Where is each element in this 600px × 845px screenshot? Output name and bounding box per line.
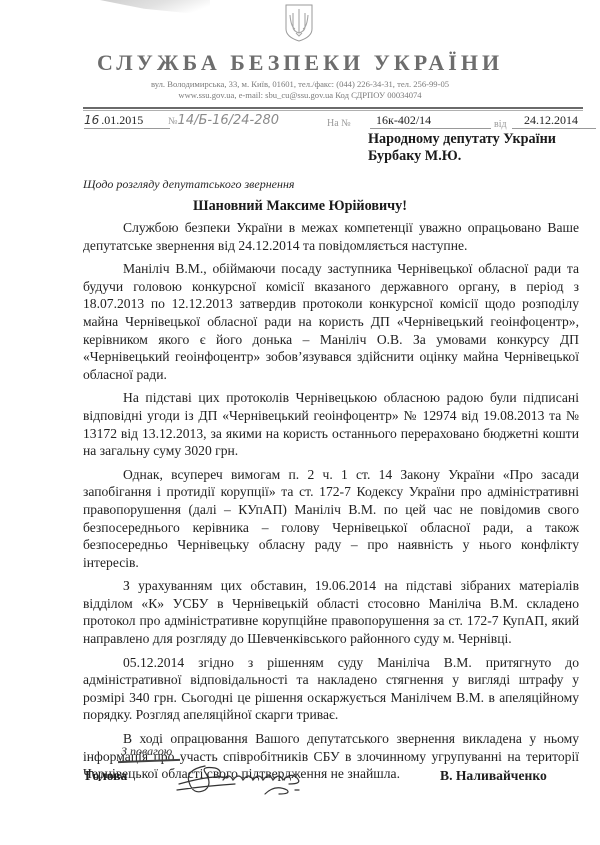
trident-coat-of-arms-icon <box>283 3 315 43</box>
number-sign: № <box>168 116 178 127</box>
outgoing-number: №14/Б-16/24-280 <box>168 113 318 128</box>
recipient-block: Народному депутату України Бурбаку М.Ю. <box>368 131 556 165</box>
subject-line: Щодо розгляду депутатського звернення <box>83 177 294 192</box>
paragraph: Службою безпеки України в межах компетен… <box>83 219 579 254</box>
outgoing-date: 16.01.2015 <box>84 113 170 129</box>
scan-shadow <box>100 0 210 22</box>
letter-body: Службою безпеки України в межах компетен… <box>83 219 579 789</box>
organization-name: СЛУЖБА БЕЗПЕКИ УКРАЇНИ <box>0 50 600 76</box>
address-line-2: www.ssu.gov.ua, e-mail: sbu_cu@ssu.gov.u… <box>0 90 600 101</box>
recipient-line-2: Бурбаку М.Ю. <box>368 148 556 165</box>
address-line-1: вул. Володимирська, 33, м. Київ, 01601, … <box>0 79 600 90</box>
letterhead-address: вул. Володимирська, 33, м. Київ, 01601, … <box>0 79 600 101</box>
outgoing-date-rest: .01.2015 <box>101 113 143 127</box>
outgoing-number-value: 14/Б-16/24-280 <box>178 113 280 128</box>
reply-to-label: На № <box>327 118 351 129</box>
salutation: Шановний Максиме Юрійовичу! <box>0 198 600 215</box>
reply-to-number: 16к-402/14 <box>370 113 491 129</box>
paragraph: З урахуванням цих обставин, 19.06.2014 н… <box>83 577 579 647</box>
header-divider-thin <box>83 110 583 111</box>
closing-phrase: З повагою <box>121 744 172 759</box>
paragraph: На підставі цих протоколів Чернівецькою … <box>83 389 579 459</box>
reply-date-label: від <box>494 119 507 130</box>
handwritten-signature-icon <box>175 760 335 800</box>
signer-name: В. Наливайченко <box>440 768 547 784</box>
paragraph: Однак, всупереч вимогам п. 2 ч. 1 ст. 14… <box>83 466 579 572</box>
outgoing-date-day: 16 <box>84 113 99 127</box>
reply-date: 24.12.2014 <box>512 113 596 129</box>
header-divider <box>83 107 583 109</box>
paragraph: 05.12.2014 згідно з рішенням суду Манілі… <box>83 654 579 724</box>
paragraph: Маніліч В.М., обіймаючи посаду заступник… <box>83 260 579 383</box>
signer-title: Голова <box>85 768 127 784</box>
recipient-line-1: Народному депутату України <box>368 131 556 148</box>
